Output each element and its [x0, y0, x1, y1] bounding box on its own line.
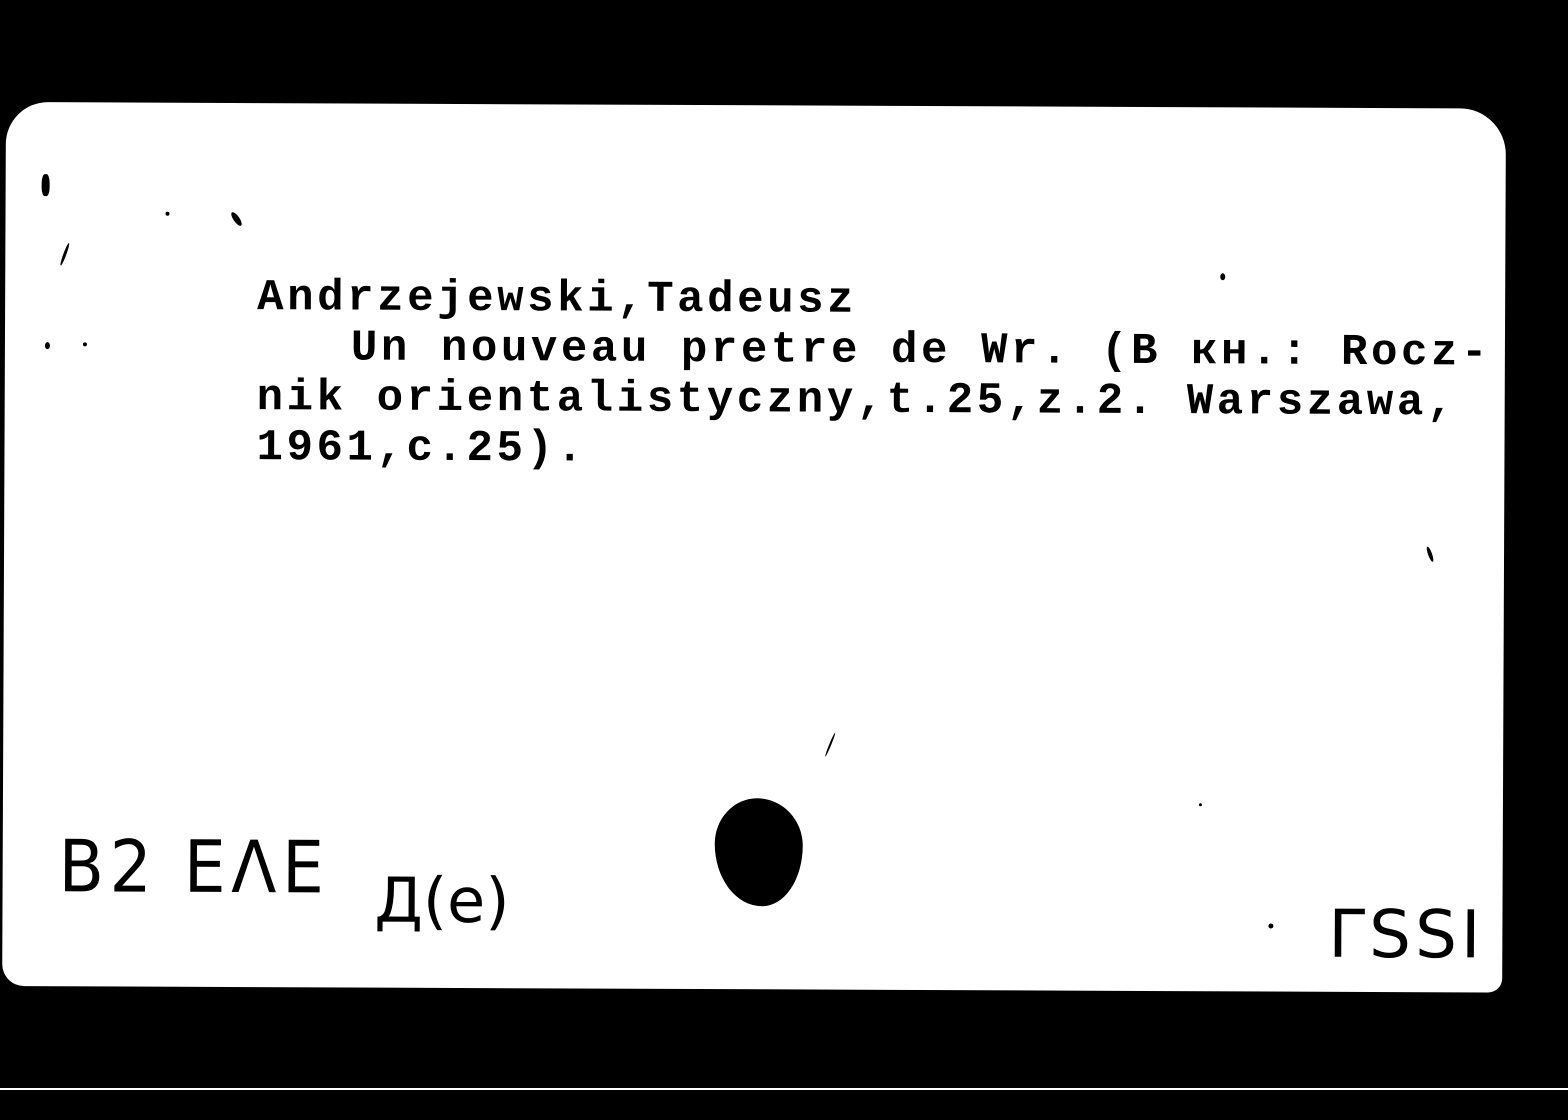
scan-border-line: [0, 1088, 1568, 1090]
handwritten-shelf-suffix: Д(e): [374, 864, 509, 938]
ink-speck: [166, 212, 170, 216]
catalog-card: Andrzejewski,TadeuszUn nouveau pretre de…: [2, 102, 1506, 993]
handwritten-card-number: ΓSSI: [1328, 896, 1484, 974]
source-line-end: 1961,c.25).: [256, 423, 1490, 478]
ink-speck: [59, 242, 70, 266]
ink-speck: [1425, 546, 1434, 562]
ink-speck: [229, 211, 243, 228]
handwritten-shelf-mark: B2 EΛE: [58, 824, 329, 909]
ink-speck: [42, 174, 50, 196]
author-heading: Andrzejewski,Tadeusz: [257, 273, 1491, 328]
ink-speck: [824, 732, 836, 757]
ink-speck: [1199, 803, 1202, 806]
bibliographic-entry: Andrzejewski,TadeuszUn nouveau pretre de…: [256, 273, 1491, 478]
ink-speck: [1268, 924, 1273, 929]
ink-speck: [83, 342, 87, 346]
title-line: Un nouveau pretre de Wr. (B кн.: Rocz-: [257, 323, 1491, 378]
punch-hole: [714, 798, 802, 906]
source-line: nik orientalistyczny,t.25,z.2. Warszawa,: [257, 373, 1491, 428]
ink-speck: [45, 342, 50, 349]
ink-speck: [1220, 273, 1225, 280]
